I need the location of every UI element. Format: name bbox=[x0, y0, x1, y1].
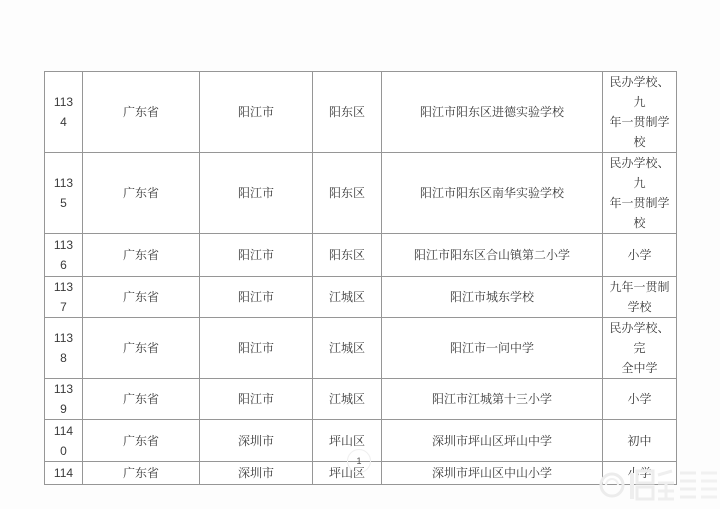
cell-school-name: 阳江市阳东区合山镇第二小学 bbox=[382, 234, 603, 277]
cell-district: 江城区 bbox=[313, 277, 382, 318]
cell-school-name: 阳江市阳东区进德实验学校 bbox=[382, 72, 603, 153]
cell-school-type: 民办学校、完 全中学 bbox=[603, 318, 677, 379]
cell-city: 阳江市 bbox=[200, 72, 313, 153]
cell-school-type: 民办学校、九 年一贯制学 校 bbox=[603, 72, 677, 153]
cell-city: 深圳市 bbox=[200, 420, 313, 462]
cell-number: 113 9 bbox=[45, 379, 83, 420]
page-number: 1 bbox=[356, 456, 361, 466]
cell-city: 深圳市 bbox=[200, 462, 313, 485]
cell-province: 广东省 bbox=[83, 153, 200, 234]
cell-province: 广东省 bbox=[83, 234, 200, 277]
cell-province: 广东省 bbox=[83, 277, 200, 318]
table-row: 113 6 广东省 阳江市 阳东区 阳江市阳东区合山镇第二小学 小学 bbox=[45, 234, 677, 277]
cell-number: 113 7 bbox=[45, 277, 83, 318]
cell-school-name: 阳江市江城第十三小学 bbox=[382, 379, 603, 420]
cell-district: 江城区 bbox=[313, 379, 382, 420]
cell-school-name: 阳江市一问中学 bbox=[382, 318, 603, 379]
cell-province: 广东省 bbox=[83, 462, 200, 485]
cell-school-name: 阳江市阳东区南华实验学校 bbox=[382, 153, 603, 234]
cell-city: 阳江市 bbox=[200, 379, 313, 420]
page-number-stamp-ring: 1 bbox=[347, 449, 371, 473]
cell-city: 阳江市 bbox=[200, 318, 313, 379]
table-row: 113 9 广东省 阳江市 江城区 阳江市江城第十三小学 小学 bbox=[45, 379, 677, 420]
cell-school-type: 民办学校、九 年一贯制学 校 bbox=[603, 153, 677, 234]
table-row: 113 8 广东省 阳江市 江城区 阳江市一问中学 民办学校、完 全中学 bbox=[45, 318, 677, 379]
cell-school-name: 深圳市坪山区中山小学 bbox=[382, 462, 603, 485]
cell-number: 114 bbox=[45, 462, 83, 485]
cell-province: 广东省 bbox=[83, 72, 200, 153]
cell-school-type: 小学 bbox=[603, 234, 677, 277]
cell-district: 阳东区 bbox=[313, 234, 382, 277]
cell-number: 113 6 bbox=[45, 234, 83, 277]
cell-district: 阳东区 bbox=[313, 153, 382, 234]
cell-number: 113 8 bbox=[45, 318, 83, 379]
cell-school-type: 初中 bbox=[603, 420, 677, 462]
table-row: 113 4 广东省 阳江市 阳东区 阳江市阳东区进德实验学校 民办学校、九 年一… bbox=[45, 72, 677, 153]
cell-city: 阳江市 bbox=[200, 153, 313, 234]
cell-number: 113 4 bbox=[45, 72, 83, 153]
cell-province: 广东省 bbox=[83, 379, 200, 420]
table-row: 113 7 广东省 阳江市 江城区 阳江市城东学校 九年一贯制 学校 bbox=[45, 277, 677, 318]
cell-district: 江城区 bbox=[313, 318, 382, 379]
document-page: 113 4 广东省 阳江市 阳东区 阳江市阳东区进德实验学校 民办学校、九 年一… bbox=[0, 0, 720, 509]
cell-school-type: 小学 bbox=[603, 379, 677, 420]
school-list-table: 113 4 广东省 阳江市 阳东区 阳江市阳东区进德实验学校 民办学校、九 年一… bbox=[44, 71, 677, 485]
cell-district: 阳东区 bbox=[313, 72, 382, 153]
cell-number: 113 5 bbox=[45, 153, 83, 234]
cell-province: 广东省 bbox=[83, 318, 200, 379]
cell-school-type: 九年一贯制 学校 bbox=[603, 277, 677, 318]
cell-city: 阳江市 bbox=[200, 234, 313, 277]
table-row: 113 5 广东省 阳江市 阳东区 阳江市阳东区南华实验学校 民办学校、九 年一… bbox=[45, 153, 677, 234]
watermark-logo-icon bbox=[598, 461, 720, 507]
cell-province: 广东省 bbox=[83, 420, 200, 462]
cell-school-name: 深圳市坪山区坪山中学 bbox=[382, 420, 603, 462]
cell-number: 114 0 bbox=[45, 420, 83, 462]
cell-school-name: 阳江市城东学校 bbox=[382, 277, 603, 318]
cell-city: 阳江市 bbox=[200, 277, 313, 318]
cell-district: 坪山区 bbox=[313, 420, 382, 462]
